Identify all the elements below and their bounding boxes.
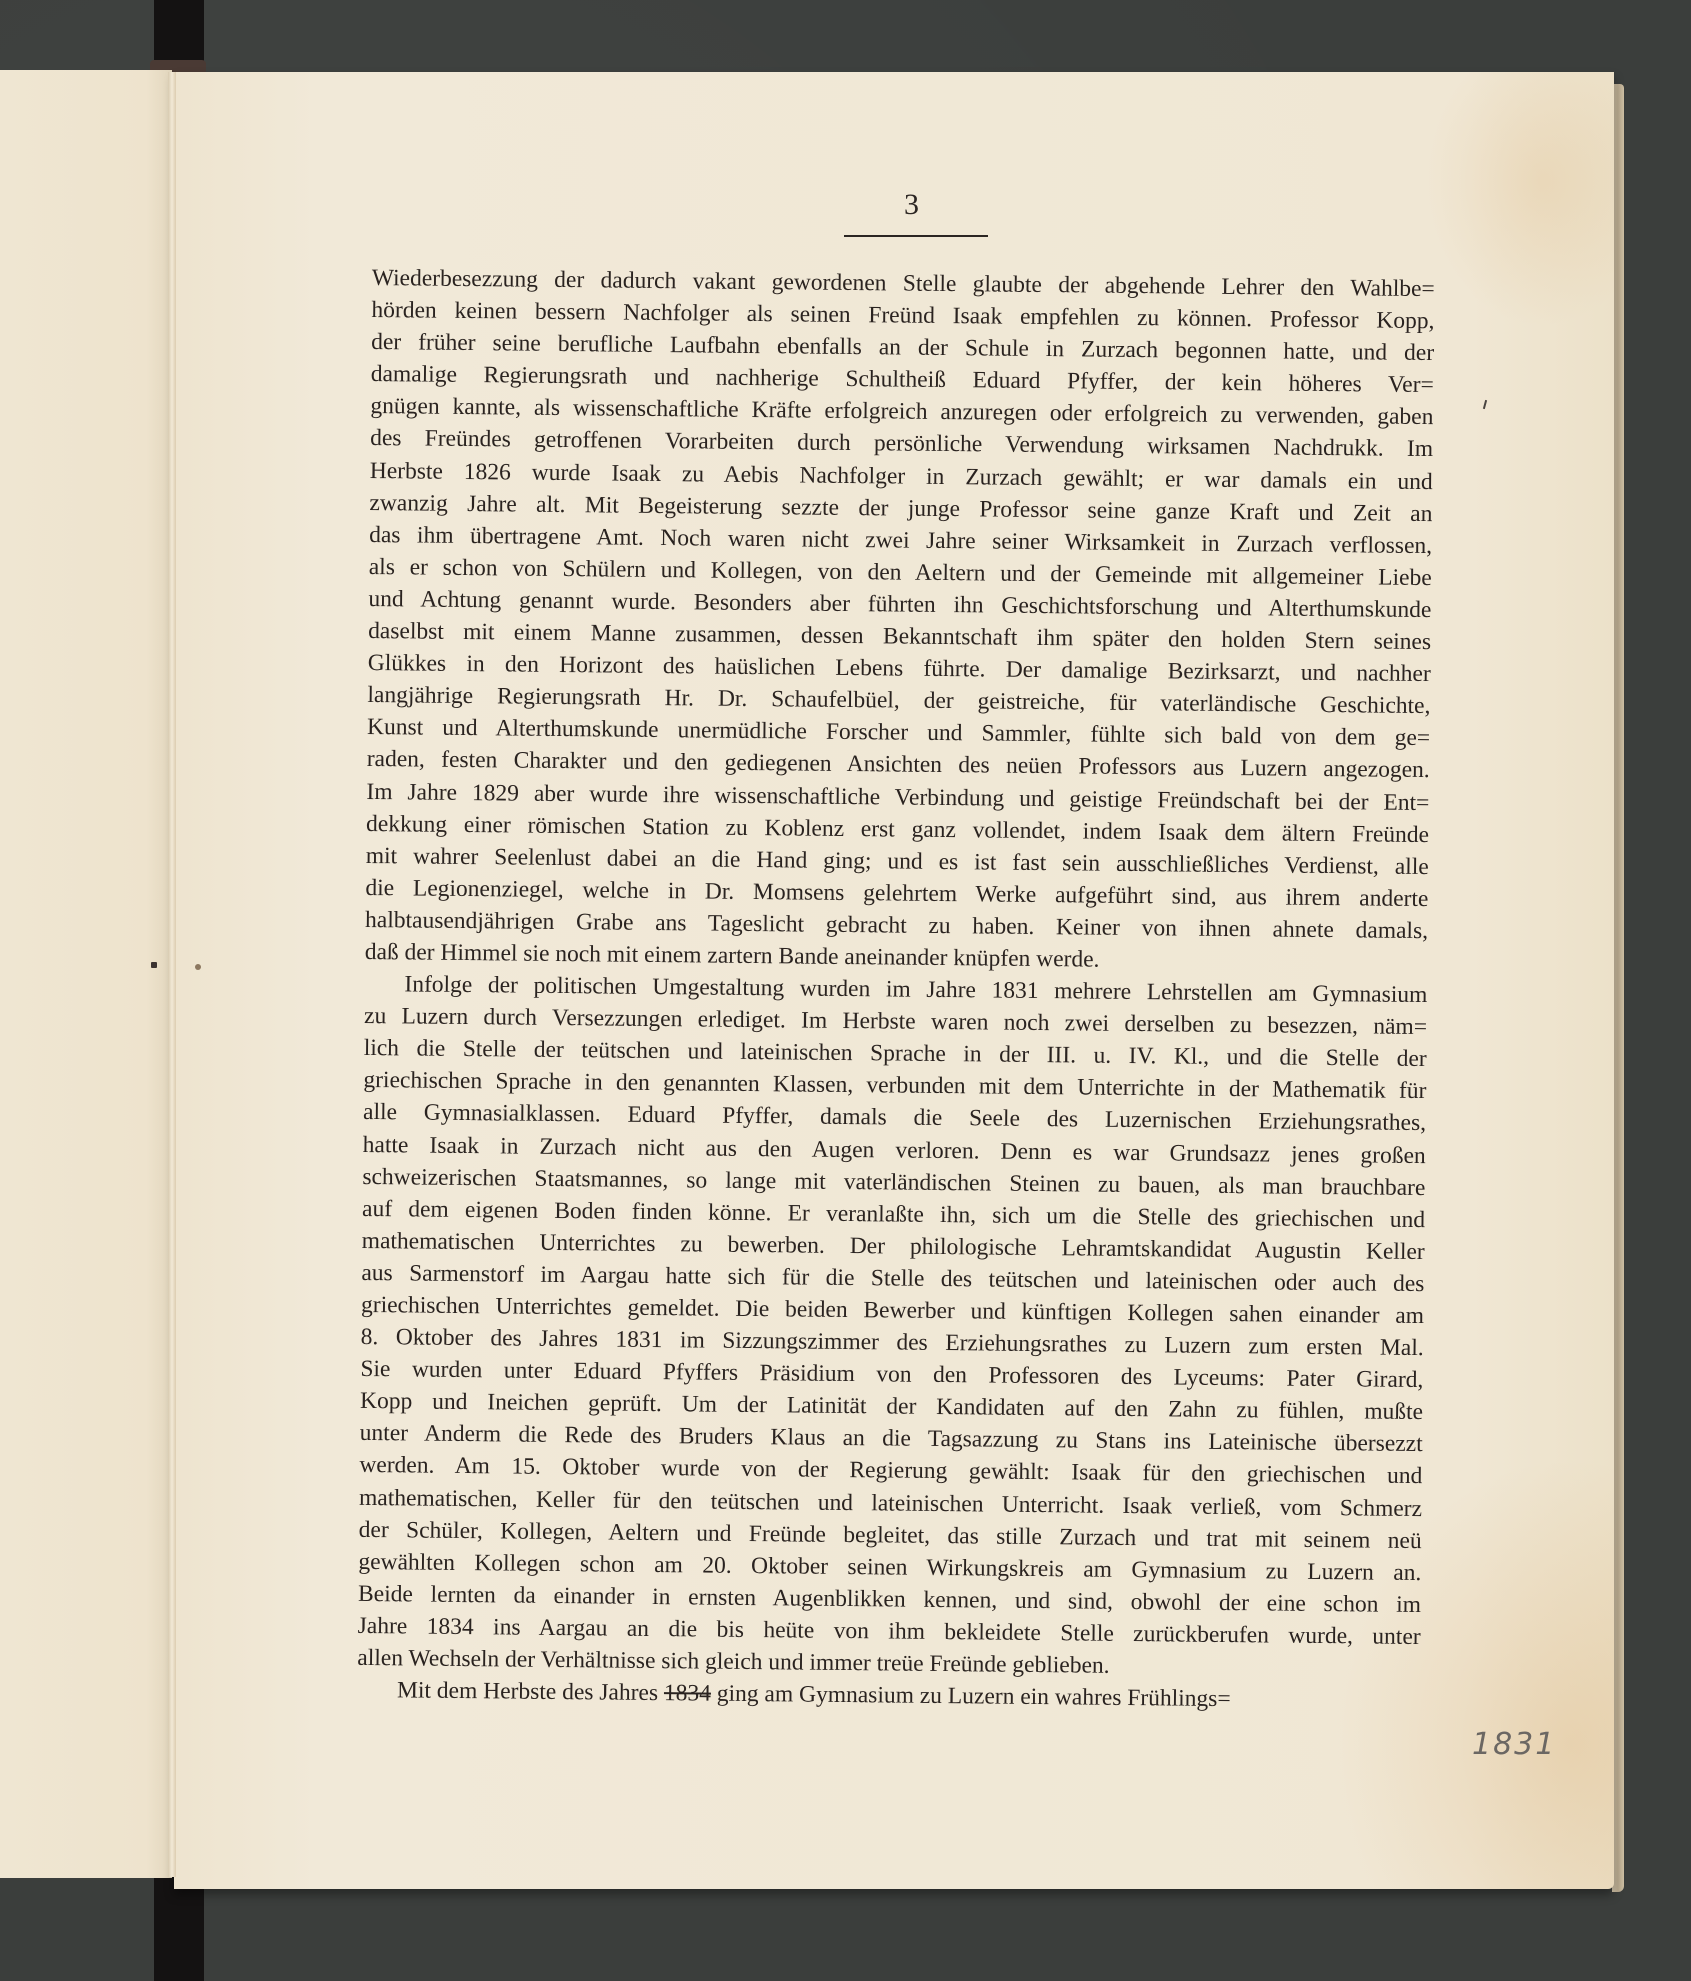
gutter-fold xyxy=(168,72,176,1877)
left-page xyxy=(0,70,172,1878)
spine-ribbon-bottom xyxy=(154,1877,204,1981)
text-fragment: ging am Gymnasium zu Luzern ein wahres F… xyxy=(711,1681,1231,1712)
body-text: Wiederbesezzung der dadurch vakant gewor… xyxy=(357,262,1435,1717)
handwritten-margin-note: 1831 xyxy=(1472,1727,1556,1762)
page-number: 3 xyxy=(904,188,919,222)
paragraph: Wiederbesezzung der dadurch vakant gewor… xyxy=(365,262,1435,979)
text-fragment: Mit dem Herbste des Jahres xyxy=(397,1677,664,1706)
paragraph: Infolge der politischen Umgestaltung wur… xyxy=(357,968,1427,1685)
binding-hole xyxy=(151,962,157,968)
binding-hole xyxy=(195,964,201,970)
page-number-rule xyxy=(844,235,988,237)
struck-year: 1834 xyxy=(664,1680,711,1706)
